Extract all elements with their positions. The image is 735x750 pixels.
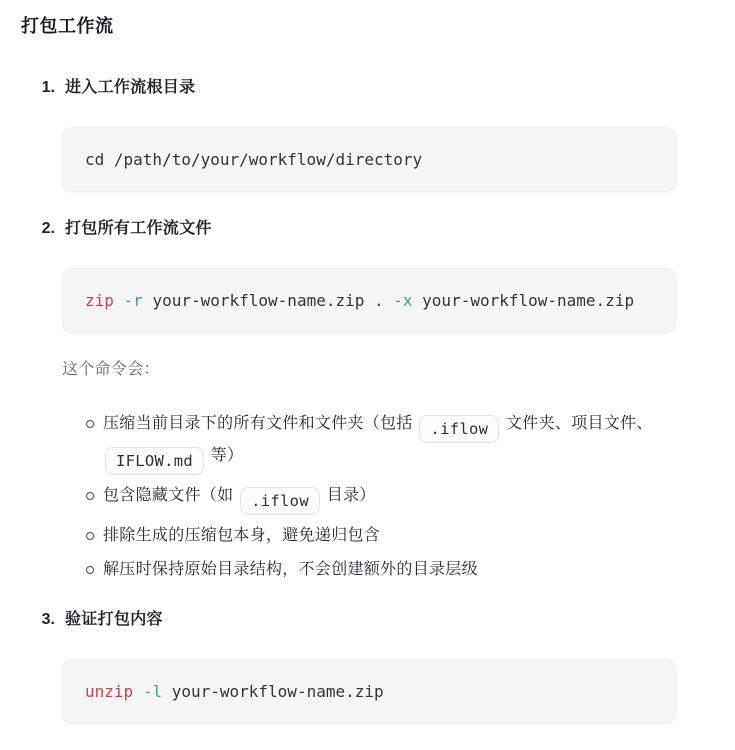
step-label: 验证打包内容 xyxy=(65,609,676,631)
bullet-list: 压缩当前目录下的所有文件和文件夹（包括 .iflow 文件夹、项目文件、IFLO… xyxy=(65,411,676,583)
step-label: 进入工作流根目录 xyxy=(65,77,676,99)
bullet-item: 压缩当前目录下的所有文件和文件夹（包括 .iflow 文件夹、项目文件、IFLO… xyxy=(103,411,676,475)
code-token-plain xyxy=(133,682,143,701)
circle-bullet-icon xyxy=(86,420,94,428)
circle-bullet-icon xyxy=(86,566,94,574)
circle-bullet-icon xyxy=(86,492,94,500)
code-token-plain: your-workflow-name.zip xyxy=(413,291,635,310)
inline-code-chip: IFLOW.md xyxy=(105,447,204,475)
bullet-text: 解压时保持原始目录结构，不会创建额外的目录层级 xyxy=(103,561,478,578)
bullet-text: 文件夹、项目文件、 xyxy=(501,415,652,432)
bullet-item: 排除生成的压缩包本身，避免递归包含 xyxy=(103,523,676,549)
step-number: 3. xyxy=(21,609,55,631)
bullet-text: 等） xyxy=(206,447,243,464)
code-block: cd /path/to/your/workflow/directory xyxy=(62,127,676,192)
code-block: unzip -l your-workflow-name.zip xyxy=(62,659,676,724)
bullet-text: 包含隐藏文件（如 xyxy=(103,487,238,504)
code-line: zip -r your-workflow-name.zip . -x your-… xyxy=(85,291,634,310)
step-number: 1. xyxy=(21,77,55,99)
bullet-text: 压缩当前目录下的所有文件和文件夹（包括 xyxy=(103,415,417,432)
note-text: 这个命令会： xyxy=(62,359,676,381)
code-block: zip -r your-workflow-name.zip . -x your-… xyxy=(62,268,676,333)
bullet-item: 包含隐藏文件（如 .iflow 目录） xyxy=(103,483,676,515)
code-token-plain xyxy=(114,291,124,310)
code-token-plain: your-workflow-name.zip xyxy=(162,682,384,701)
step-item: 1.进入工作流根目录cd /path/to/your/workflow/dire… xyxy=(21,77,676,192)
page-title: 打包工作流 xyxy=(21,15,676,38)
bullet-item: 解压时保持原始目录结构，不会创建额外的目录层级 xyxy=(103,557,676,583)
circle-bullet-icon xyxy=(86,532,94,540)
code-token-command: zip xyxy=(85,291,114,310)
inline-code-chip: .iflow xyxy=(240,487,320,515)
code-token-command: unzip xyxy=(85,682,133,701)
code-token-flag: -l xyxy=(143,682,162,701)
code-line: unzip -l your-workflow-name.zip xyxy=(85,682,384,701)
bullet-text: 目录） xyxy=(322,487,376,504)
code-token-plain: cd /path/to/your/workflow/directory xyxy=(85,150,422,169)
code-token-flag: -x xyxy=(393,291,412,310)
steps-list: 1.进入工作流根目录cd /path/to/your/workflow/dire… xyxy=(21,77,676,724)
document: 打包工作流 1.进入工作流根目录cd /path/to/your/workflo… xyxy=(21,0,676,724)
step-item: 3.验证打包内容unzip -l your-workflow-name.zip xyxy=(21,609,676,724)
step-label: 打包所有工作流文件 xyxy=(65,218,676,240)
inline-code-chip: .iflow xyxy=(419,415,499,443)
step-number: 2. xyxy=(21,218,55,240)
bullet-text: 排除生成的压缩包本身，避免递归包含 xyxy=(103,527,380,544)
code-line: cd /path/to/your/workflow/directory xyxy=(85,150,422,169)
code-token-plain: your-workflow-name.zip . xyxy=(143,291,393,310)
step-item: 2.打包所有工作流文件zip -r your-workflow-name.zip… xyxy=(21,218,676,583)
code-token-flag: -r xyxy=(124,291,143,310)
